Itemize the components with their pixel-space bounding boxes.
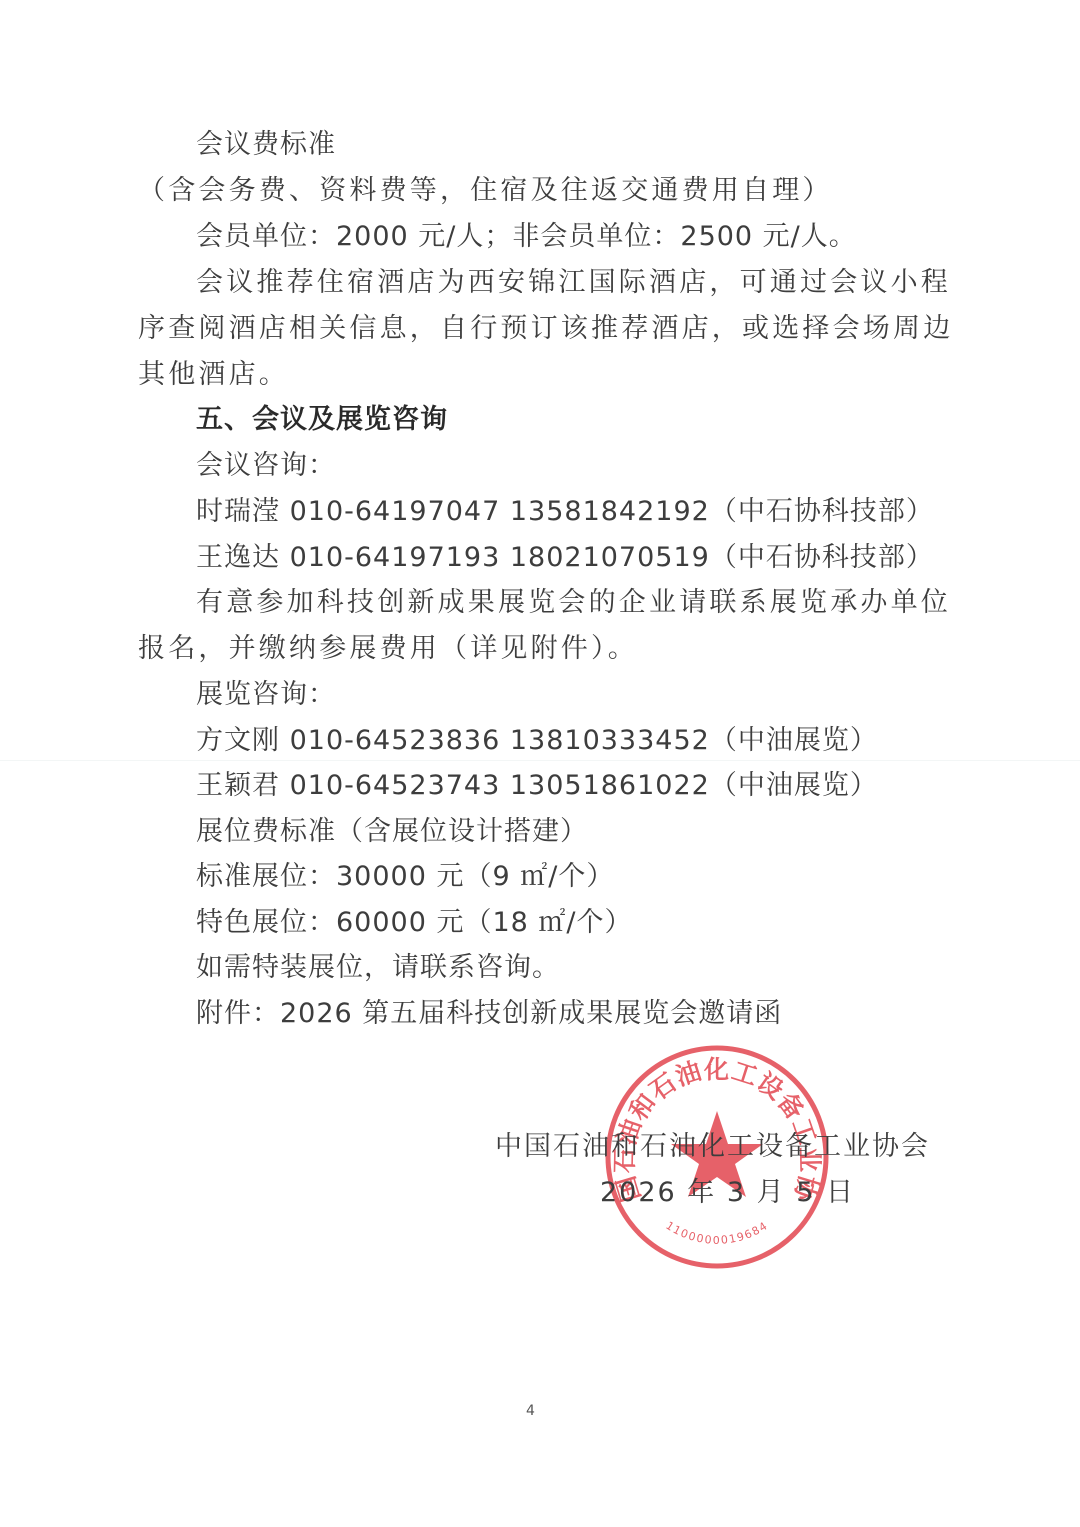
exhibit-paragraph-line-2: 报名，并缴纳参展费用（详见附件）。 <box>138 632 638 666</box>
meeting-contact-1: 时瑞滢 010-64197047 13581842192（中石协科技部） <box>196 495 934 529</box>
stamp-code: 1100000019684 <box>663 1219 770 1247</box>
svg-text:1100000019684: 1100000019684 <box>663 1219 770 1247</box>
exhibit-consult-label: 展览咨询： <box>196 678 336 712</box>
fee-standard-amounts: 会员单位：2000 元/人；非会员单位：2500 元/人。 <box>196 220 857 254</box>
exhibit-contact-1: 方文刚 010-64523836 13810333452（中油展览） <box>196 724 878 758</box>
signature-date: 2026 年 3 月 5 日 <box>600 1176 855 1210</box>
signature-organization: 中国石油和石油化工设备工业协会 <box>495 1130 930 1164</box>
exhibit-paragraph-line-1: 有意参加科技创新成果展览会的企业请联系展览承办单位 <box>196 586 951 620</box>
hotel-paragraph-line-1: 会议推荐住宿酒店为西安锦江国际酒店，可通过会议小程 <box>196 266 951 300</box>
booth-custom-note: 如需特装展位，请联系咨询。 <box>196 951 560 985</box>
page-number: 4 <box>526 1403 535 1419</box>
meeting-contact-2: 王逸达 010-64197193 18021070519（中石协科技部） <box>196 541 934 575</box>
scan-artifact-line <box>0 760 1080 761</box>
booth-fee-title: 展位费标准（含展位设计搭建） <box>196 815 588 849</box>
booth-fee-standard: 标准展位：30000 元（9 ㎡/个） <box>196 860 614 894</box>
document-page: 会议费标准 （含会务费、资料费等，住宿及往返交通费用自理） 会员单位：2000 … <box>0 0 1080 1527</box>
exhibit-contact-2: 王颖君 010-64523743 13051861022（中油展览） <box>196 769 878 803</box>
hotel-paragraph-line-2: 序查阅酒店相关信息，自行预订该推荐酒店，或选择会场周边 <box>138 312 953 346</box>
meeting-consult-label: 会议咨询： <box>196 449 336 483</box>
section-heading: 五、会议及展览咨询 <box>196 403 448 437</box>
booth-fee-special: 特色展位：60000 元（18 ㎡/个） <box>196 906 633 940</box>
fee-standard-note: （含会务费、资料费等，住宿及往返交通费用自理） <box>138 174 833 208</box>
hotel-paragraph-line-3: 其他酒店。 <box>138 358 289 392</box>
fee-standard-title: 会议费标准 <box>196 128 336 162</box>
attachment-line: 附件：2026 第五届科技创新成果展览会邀请函 <box>196 997 782 1031</box>
